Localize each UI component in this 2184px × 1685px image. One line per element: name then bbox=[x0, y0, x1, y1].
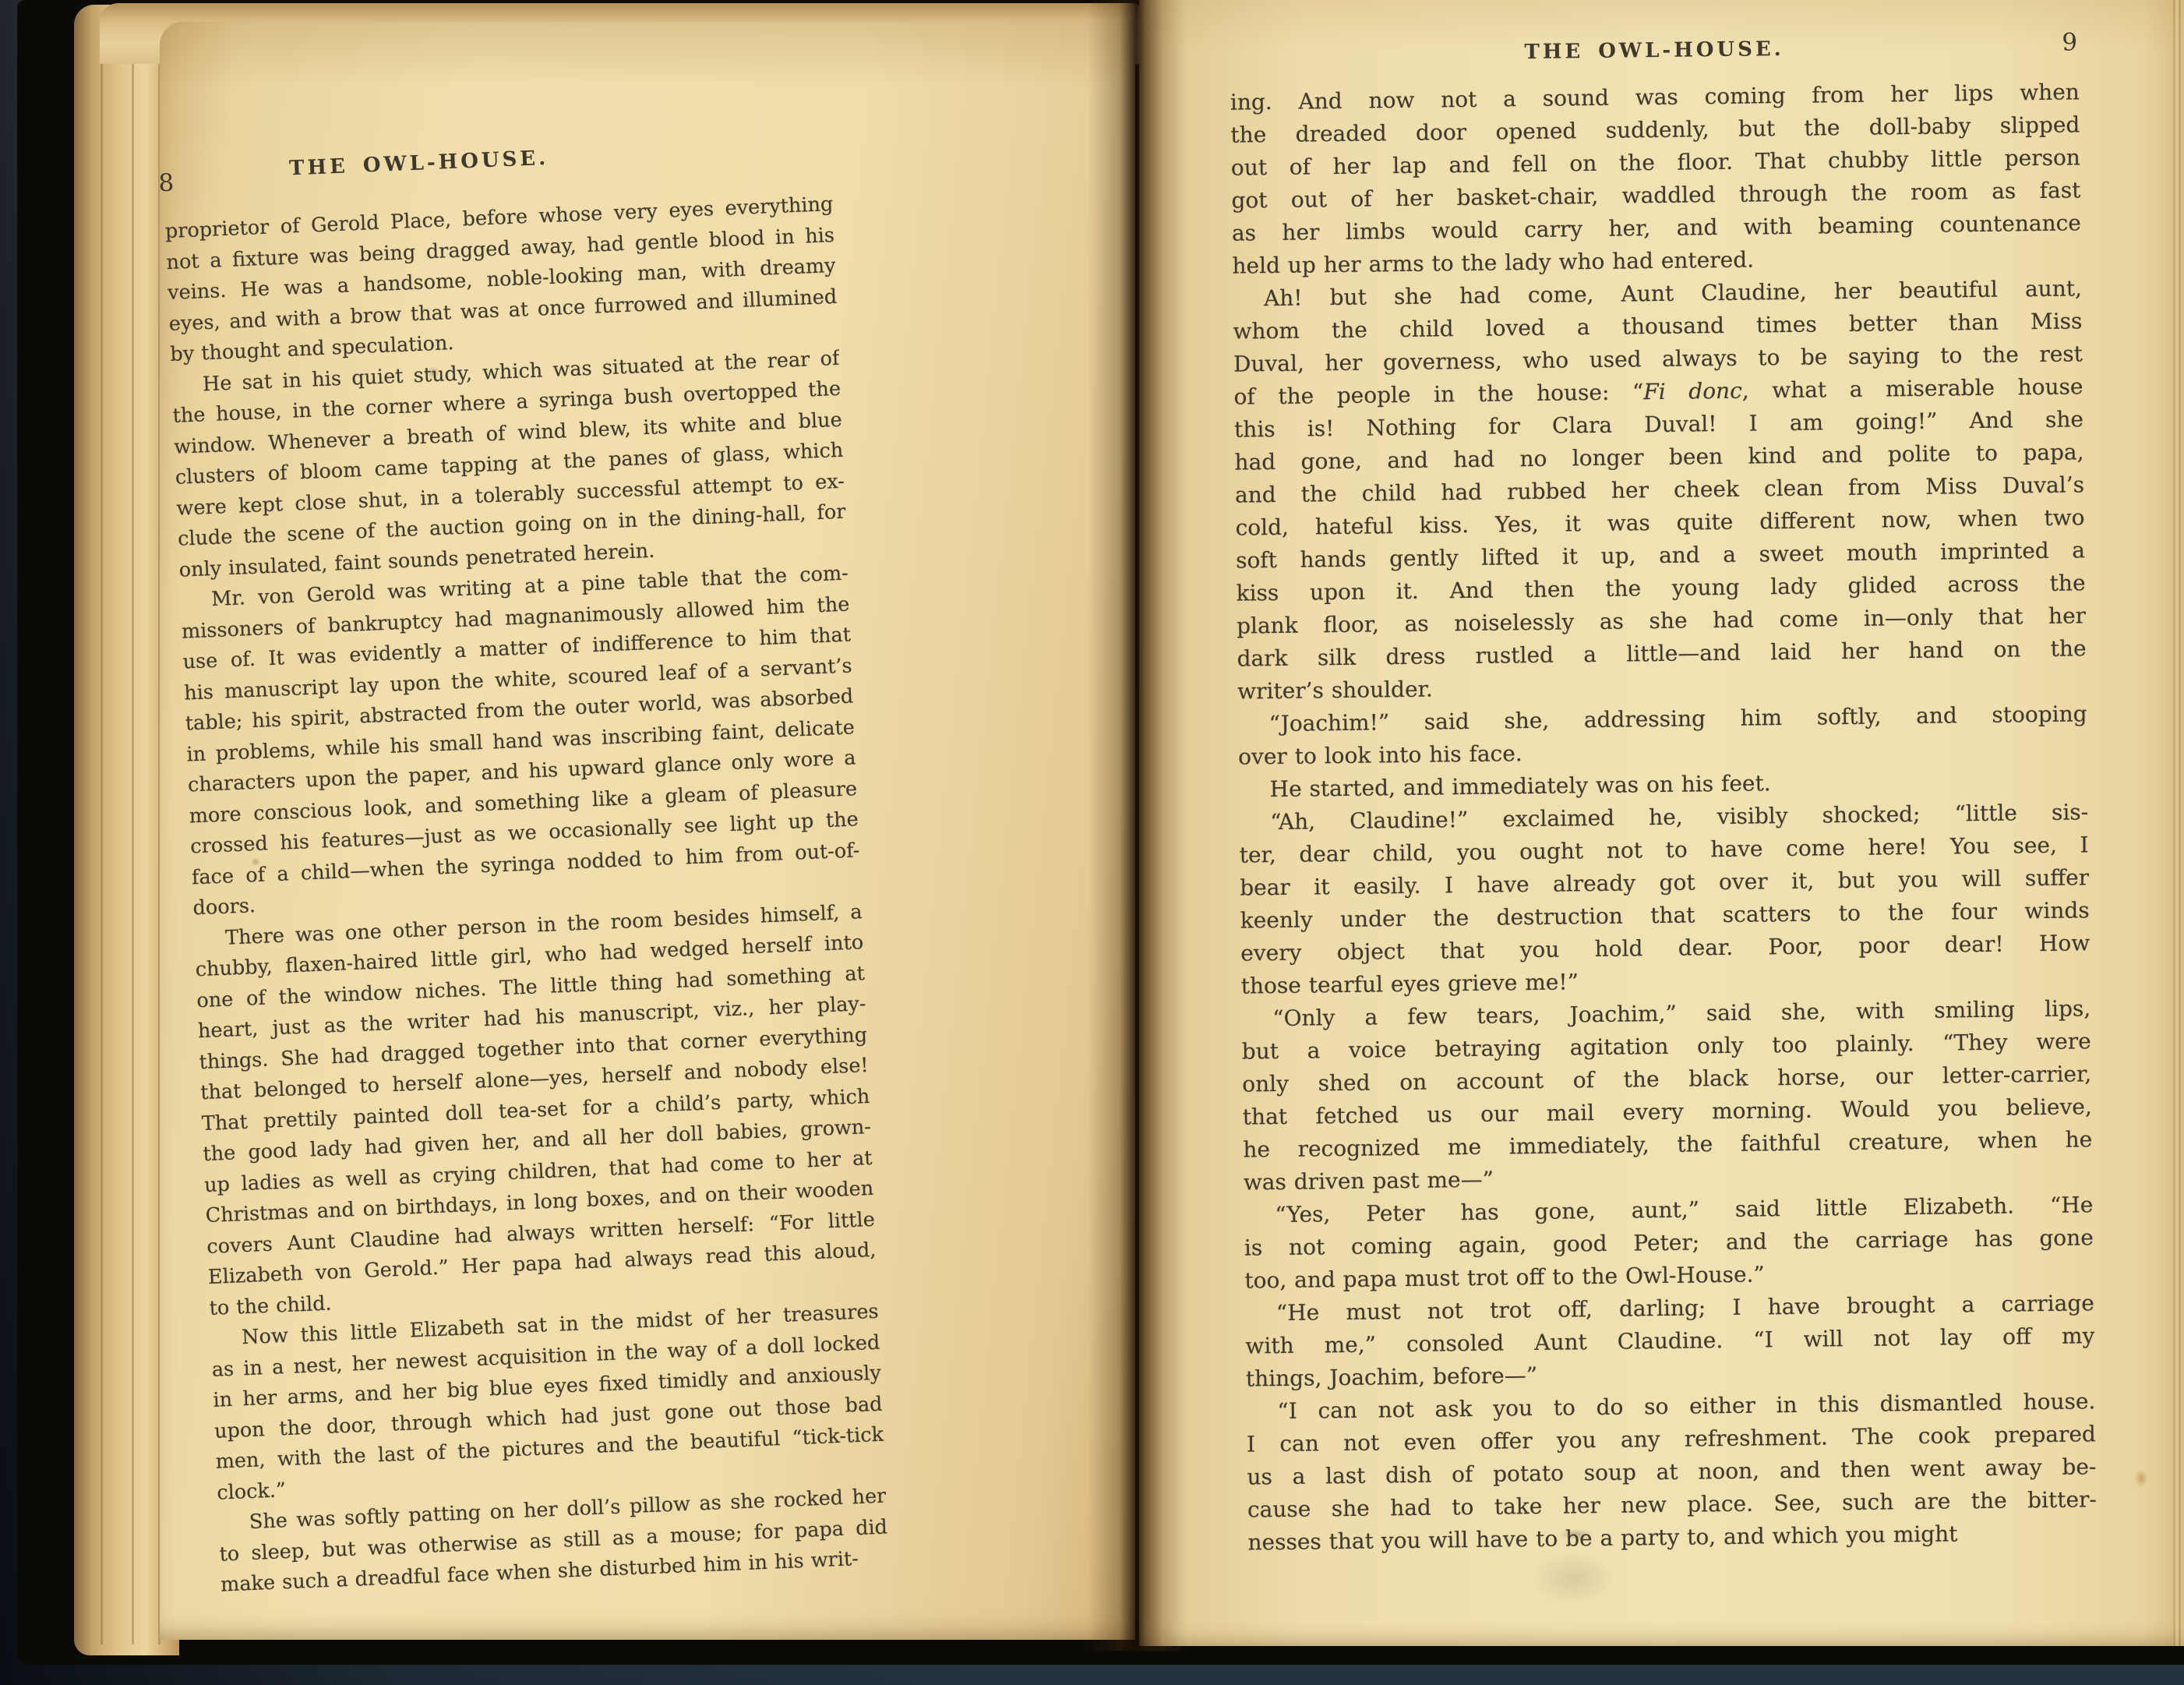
right-page-content: THE OWL-HOUSE. 9 ing. And now not a soun… bbox=[1230, 26, 2098, 1559]
open-book-photo: 8 THE OWL-HOUSE. proprietor of Gerold Pl… bbox=[0, 0, 2184, 1685]
page-edge-line bbox=[132, 14, 134, 1644]
left-page-text: proprietor of Gerold Place, before whose… bbox=[164, 189, 889, 1601]
page-edge-line bbox=[101, 14, 103, 1644]
page-number-right: 9 bbox=[2062, 23, 2077, 62]
right-page-text: ing. And now not a sound was coming from… bbox=[1230, 76, 2098, 1559]
gutter-shadow bbox=[1088, 0, 1187, 1651]
left-page-content: 8 THE OWL-HOUSE. proprietor of Gerold Pl… bbox=[162, 127, 889, 1601]
